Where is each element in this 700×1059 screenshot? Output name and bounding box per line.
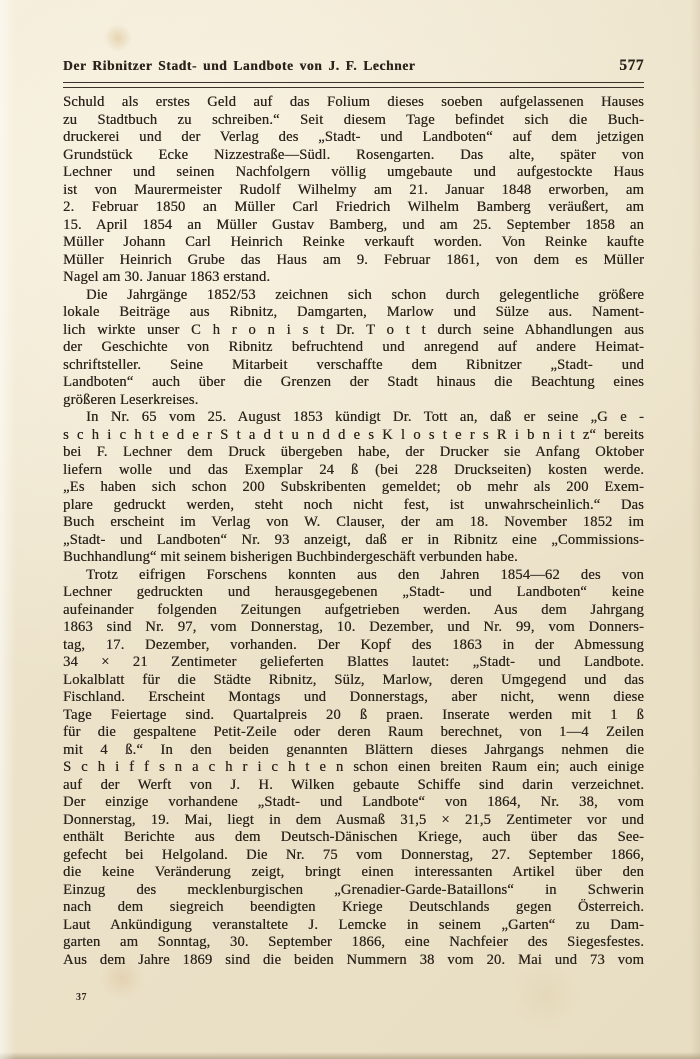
text-line: Nagel am 30. Januar 1863 erstand.	[63, 269, 644, 287]
text-block: Schuld als erstes Geld auf das Folium di…	[63, 94, 644, 969]
text-line: Lokalblatt für die Städte Ribnitz, Sülz,…	[63, 672, 644, 690]
text-line: Fischland. Erscheint Montags und Donners…	[63, 689, 644, 707]
text-line: liefern wolle und das Exemplar 24 ß (bei…	[63, 462, 644, 480]
text-line: In Nr. 65 vom 25. August 1853 kündigt Dr…	[63, 409, 644, 427]
text-line: auf der Werft von J. H. Wilken gebaute S…	[63, 777, 644, 795]
text-line: 15. April 1854 an Müller Gustav Bamberg,…	[63, 217, 644, 235]
text-line: gefecht bei Helgoland. Die Nr. 75 vom Do…	[63, 847, 644, 865]
text-line: druckerei und der Verlag des „Stadt- und…	[63, 129, 644, 147]
text-line: „Es haben sich schon 200 Subskribenten g…	[63, 479, 644, 497]
text-line: ist von Maurermeister Rudolf Wilhelmy am…	[63, 182, 644, 200]
text-line: Der einzige vorhandene „Stadt- und Landb…	[63, 794, 644, 812]
signature-mark: 37	[76, 992, 87, 1003]
text-line: die keine Veränderung zeigt, bringt eine…	[63, 864, 644, 882]
text-line: s c h i c h t e d e r S t a d t u n d d …	[63, 427, 644, 445]
text-line: 34 × 21 Zentimeter gelieferten Blattes l…	[63, 654, 644, 672]
text-line: aufeinander folgenden Zeitungen aufgetri…	[63, 602, 644, 620]
running-header-title: Der Ribnitzer Stadt- und Landbote von J.…	[63, 58, 415, 74]
text-line: nach dem siegreich beendigten Kriege Deu…	[63, 899, 644, 917]
text-line: Tage Feiertage sind. Quartalpreis 20 ß p…	[63, 707, 644, 725]
text-line: 1863 sind Nr. 97, vom Donnerstag, 10. De…	[63, 619, 644, 637]
text-line: lich wirkte unser C h r o n i s t Dr. T …	[63, 322, 644, 340]
scanned-book-page: Der Ribnitzer Stadt- und Landbote von J.…	[0, 0, 700, 1059]
text-line: mit 4 ß.“ In den beiden genannten Blätte…	[63, 742, 644, 760]
text-line: plare gedruckt werden, steht noch nicht …	[63, 497, 644, 515]
text-line: 2. Februar 1850 an Müller Carl Friedrich…	[63, 199, 644, 217]
text-line: S c h i f f s n a c h r i c h t e n scho…	[63, 759, 644, 777]
text-line: Müller Johann Carl Heinrich Reinke verka…	[63, 234, 644, 252]
text-line: Lechner und seinen Nachfolgern völlig um…	[63, 164, 644, 182]
text-line: Buchhandlung“ mit seinem bisherigen Buch…	[63, 549, 644, 567]
text-line: Lechner gedruckten und herausgegebenen „…	[63, 584, 644, 602]
text-line: Landboten“ auch über die Grenzen der Sta…	[63, 374, 644, 392]
text-line: für die gespaltene Petit-Zeile oder dere…	[63, 724, 644, 742]
text-line: Buch erscheint im Verlag von W. Clauser,…	[63, 514, 644, 532]
text-line: garten am Sonntag, 30. September 1866, e…	[63, 934, 644, 952]
text-line: der Geschichte von Ribnitz befruchtend u…	[63, 339, 644, 357]
text-line: zu Stadtbuch zu schreiben.“ Seit diesem …	[63, 112, 644, 130]
text-line: Schuld als erstes Geld auf das Folium di…	[63, 94, 644, 112]
text-line: tag, 17. Dezember, vorhanden. Der Kopf d…	[63, 637, 644, 655]
text-line: Aus dem Jahre 1869 sind die beiden Numme…	[63, 952, 644, 970]
text-line: bei F. Lechner dem Druck übergeben habe,…	[63, 444, 644, 462]
header-double-rule	[63, 82, 644, 88]
text-line: größeren Leserkreises.	[63, 392, 644, 410]
text-line: Trotz eifrigen Forschens konnten aus den…	[63, 567, 644, 585]
running-header: Der Ribnitzer Stadt- und Landbote von J.…	[63, 57, 644, 75]
text-line: „Stadt- und Landboten“ Nr. 93 anzeigt, d…	[63, 532, 644, 550]
text-line: Laut Ankündigung veranstaltete J. Lemcke…	[63, 917, 644, 935]
page-number: 577	[619, 57, 644, 75]
text-line: schriftsteller. Seine Mitarbeit verschaf…	[63, 357, 644, 375]
text-line: enthält Berichte aus dem Deutsch-Dänisch…	[63, 829, 644, 847]
text-line: Einzug des mecklenburgischen „Grenadier-…	[63, 882, 644, 900]
text-line: Die Jahrgänge 1852/53 zeichnen sich scho…	[63, 287, 644, 305]
text-line: Müller Heinrich Grube das Haus am 9. Feb…	[63, 252, 644, 270]
text-line: Grundstück Ecke Nizzestraße—Südl. Roseng…	[63, 147, 644, 165]
text-line: Donnerstag, 19. Mai, liegt in dem Ausmaß…	[63, 812, 644, 830]
text-line: lokale Beiträge aus Ribnitz, Damgarten, …	[63, 304, 644, 322]
